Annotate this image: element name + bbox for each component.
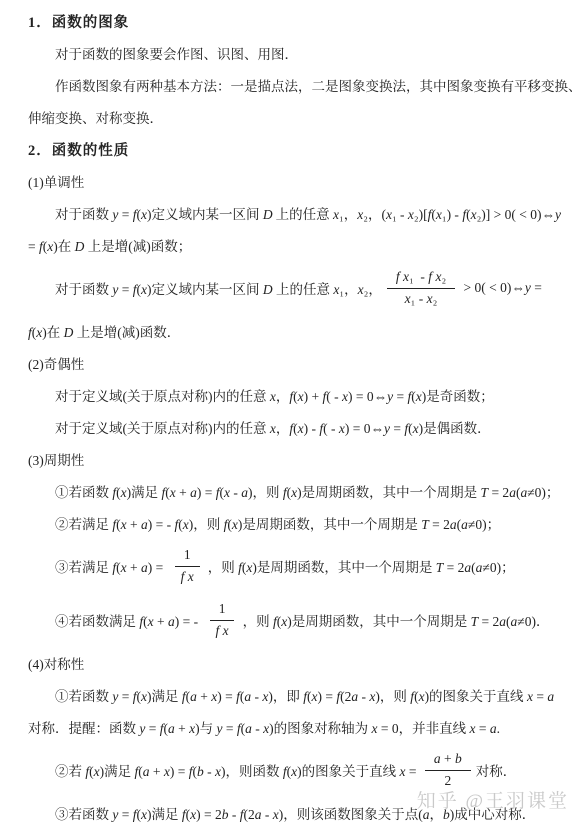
para-period-1: ①若函数 f(x)满足 f(x + a) = f(x - a)，则 f(x)是周…	[28, 475, 548, 507]
text-line: ①若函数 y = f(x)满足 f(a + x) = f(a - x)，即 f(…	[28, 679, 548, 711]
text-run: 2．函数的性质	[28, 139, 129, 160]
text-run: f(x)在 D 上是增(减)函数．	[28, 321, 180, 341]
text-line: 1．函数的图象	[28, 5, 548, 37]
para-odd: 对于定义域(关于原点对称)内的任意 x，f(x) + f( - x) = 0⇔y…	[28, 379, 548, 411]
text-line: 对于函数的图象要会作图、识图、用图．	[28, 37, 548, 69]
text-run: ②若满足 f(x + a) = - f(x)，则 f(x)是周期函数，其中一个周…	[55, 513, 500, 533]
subheading-symmetry: (4)对称性	[28, 647, 548, 679]
text-line: = f(x)在 D 上是增(减)函数；	[28, 229, 548, 261]
text-run: f x	[216, 623, 229, 638]
text-run: ①若函数 y = f(x)满足 f(a + x) = f(a - x)，即 f(…	[55, 685, 554, 705]
text-line: ②若满足 f(x + a) = - f(x)，则 f(x)是周期函数，其中一个周…	[28, 507, 548, 539]
fraction: a + b2	[425, 750, 471, 789]
text-line: 2．函数的性质	[28, 133, 548, 165]
text-run: 对于函数的图象要会作图、识图、用图．	[55, 43, 298, 63]
text-run: 作函数图象有两种基本方法：一是描点法，二是图象变换法，其中图象变换有平移变换、	[55, 75, 574, 95]
text-line: (4)对称性	[28, 647, 548, 679]
text-run: (1)单调性	[28, 171, 84, 191]
text-run: 伸缩变换、对称变换．	[28, 107, 163, 127]
text-run: ①若函数 f(x)满足 f(x + a) = f(x - a)，则 f(x)是周…	[55, 481, 559, 501]
text-line: ④若函数满足 f(x + a) = - 1f x，则 f(x)是周期函数，其中一…	[28, 593, 548, 647]
text-line: 对称．提醒：函数 y = f(a + x)与 y = f(a - x)的图象对称…	[28, 711, 548, 743]
text-run: 1	[219, 601, 226, 616]
text-line: f(x)在 D 上是增(减)函数．	[28, 315, 548, 347]
text-line: 伸缩变换、对称变换．	[28, 101, 548, 133]
text-run: 对于函数 y = f(x)定义域内某一区间 D 上的任意 x₁，x₂，	[55, 278, 382, 298]
fraction-numerator: 1	[175, 546, 200, 566]
text-run: (4)对称性	[28, 653, 84, 673]
text-line: (3)周期性	[28, 443, 548, 475]
subheading-monotonicity: (1)单调性	[28, 165, 548, 197]
fraction-denominator: f x	[172, 567, 203, 586]
text-line: ①若函数 f(x)满足 f(x + a) = f(x - a)，则 f(x)是周…	[28, 475, 548, 507]
text-run: f x₁ - f x₂	[396, 269, 446, 284]
fraction-denominator: x₁ - x₂	[396, 289, 447, 308]
text-run: 对称．	[476, 760, 517, 780]
para-symmetry-1: ①若函数 y = f(x)满足 f(a + x) = f(a - x)，即 f(…	[28, 679, 548, 743]
para-monotonicity-2: 对于函数 y = f(x)定义域内某一区间 D 上的任意 x₁，x₂，f x₁ …	[28, 261, 548, 347]
heading-1: 1．函数的图象	[28, 5, 548, 37]
para-period-3: ③若满足 f(x + a) = 1f x，则 f(x)是周期函数，其中一个周期是…	[28, 539, 548, 593]
text-run: (3)周期性	[28, 449, 84, 469]
text-line: 对于定义域(关于原点对称)内的任意 x，f(x) + f( - x) = 0⇔y…	[28, 379, 548, 411]
text-run: ，则 f(x)是周期函数，其中一个周期是 T = 2a(a≠0)；	[208, 556, 515, 576]
text-line: 对于定义域(关于原点对称)内的任意 x，f(x) - f( - x) = 0⇔y…	[28, 411, 548, 443]
text-run: 上的任意 x₁，x₂，(x₁ - x₂)[f(x₁) - f(x₂)] > 0(…	[276, 203, 561, 223]
para-graph-intro: 对于函数的图象要会作图、识图、用图．	[28, 37, 548, 69]
watermark: 知乎 @王羽课堂	[417, 786, 569, 813]
text-run: = f(x)在 D 上是增(减)函数；	[28, 235, 191, 255]
para-period-4: ④若函数满足 f(x + a) = - 1f x，则 f(x)是周期函数，其中一…	[28, 593, 548, 647]
text-run: (2)奇偶性	[28, 353, 84, 373]
text-run: ，则 f(x)是周期函数，其中一个周期是 T = 2a(a≠0)．	[243, 610, 550, 630]
text-run: 1	[184, 547, 191, 562]
fraction-numerator: f x₁ - f x₂	[387, 268, 455, 288]
text-line: (2)奇偶性	[28, 347, 548, 379]
para-monotonicity-1: 对于函数 y = f(x)定义域内某一区间 D上的任意 x₁，x₂，(x₁ - …	[28, 197, 548, 261]
para-even: 对于定义域(关于原点对称)内的任意 x，f(x) - f( - x) = 0⇔y…	[28, 411, 548, 443]
fraction-denominator: f x	[207, 621, 238, 640]
text-line: 对于函数 y = f(x)定义域内某一区间 D上的任意 x₁，x₂，(x₁ - …	[28, 197, 548, 229]
fraction-numerator: 1	[210, 600, 235, 620]
fraction: 1f x	[172, 546, 203, 585]
text-run: 1．函数的图象	[28, 11, 129, 32]
text-line: 作函数图象有两种基本方法：一是描点法，二是图象变换法，其中图象变换有平移变换、	[28, 69, 548, 101]
text-run: 对称．提醒：函数 y = f(a + x)与 y = f(a - x)的图象对称…	[28, 717, 500, 737]
text-run: 对于定义域(关于原点对称)内的任意 x，f(x) + f( - x) = 0⇔y…	[55, 385, 494, 405]
text-run: ④若函数满足 f(x + a) = -	[55, 610, 202, 630]
document-body: 1．函数的图象对于函数的图象要会作图、识图、用图．作函数图象有两种基本方法：一是…	[0, 0, 574, 829]
heading-2: 2．函数的性质	[28, 133, 548, 165]
text-run: 对于函数 y = f(x)定义域内某一区间 D	[55, 203, 273, 223]
fraction-numerator: a + b	[425, 750, 471, 770]
para-period-2: ②若满足 f(x + a) = - f(x)，则 f(x)是周期函数，其中一个周…	[28, 507, 548, 539]
subheading-periodicity: (3)周期性	[28, 443, 548, 475]
para-graph-methods: 作函数图象有两种基本方法：一是描点法，二是图象变换法，其中图象变换有平移变换、伸…	[28, 69, 548, 133]
text-run: > 0( < 0)⇔y =	[460, 280, 542, 296]
text-run: ②若 f(x)满足 f(a + x) = f(b - x)，则函数 f(x)的图…	[55, 760, 420, 780]
text-run: f x	[181, 569, 194, 584]
text-line: ③若满足 f(x + a) = 1f x，则 f(x)是周期函数，其中一个周期是…	[28, 539, 548, 593]
text-run: 对于定义域(关于原点对称)内的任意 x，f(x) - f( - x) = 0⇔y…	[55, 417, 491, 437]
text-run: ③若满足 f(x + a) =	[55, 556, 167, 576]
fraction: f x₁ - f x₂x₁ - x₂	[387, 268, 455, 307]
fraction: 1f x	[207, 600, 238, 639]
text-line: 对于函数 y = f(x)定义域内某一区间 D 上的任意 x₁，x₂，f x₁ …	[28, 261, 548, 315]
text-run: x₁ - x₂	[405, 291, 438, 306]
text-run: a + b	[434, 751, 462, 766]
subheading-parity: (2)奇偶性	[28, 347, 548, 379]
text-line: (1)单调性	[28, 165, 548, 197]
